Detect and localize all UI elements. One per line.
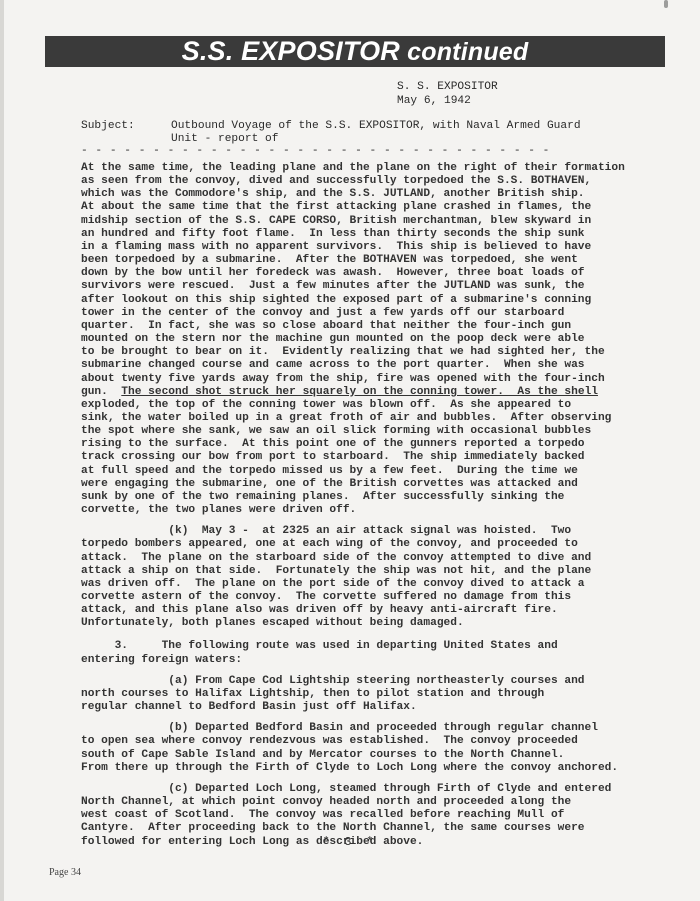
paragraph-line: corvette astern of the convoy. The corve… — [81, 591, 661, 604]
underlined-sentence: The second shot struck her squarely on t… — [121, 386, 598, 398]
subject-line: Subject: Outbound Voyage of the S.S. EXP… — [81, 120, 641, 146]
paragraph-3a: (a) From Cape Cod Lightship steering nor… — [81, 675, 661, 714]
paragraph-line: At about the same time that the first at… — [81, 201, 661, 214]
document-body: At the same time, the leading plane and … — [81, 162, 661, 849]
paragraph-line: torpedo bombers appeared, one at each wi… — [81, 538, 661, 551]
paragraph-line: survivors were rescued. Just a few minut… — [81, 280, 661, 293]
paragraph-line: an hundred and fifty foot flame. In less… — [81, 228, 661, 241]
separator-line: - - - - - - - - - - - - - - - - - - - - … — [81, 145, 611, 157]
paragraph-k-may-3: (k) May 3 - at 2325 an air attack signal… — [81, 525, 661, 630]
paragraph-line: attack. The plane on the starboard side … — [81, 552, 661, 565]
paragraph-line: attack a ship on that side. Fortunately … — [81, 565, 661, 578]
paragraph-line: mounted on the stern nor the machine gun… — [81, 333, 661, 346]
paragraph-line: to open sea where convoy rendezvous was … — [81, 735, 661, 748]
paragraph-line: rising to the surface. At this point one… — [81, 438, 661, 451]
paragraph-attack-account: At the same time, the leading plane and … — [81, 162, 661, 386]
paragraph-line: exploded, the top of the conning tower w… — [81, 399, 661, 412]
letterhead-ship: S. S. EXPOSITOR — [397, 80, 498, 94]
paragraph-line: midship section of the S.S. CAPE CORSO, … — [81, 215, 661, 228]
paragraph-line: gun. The second shot struck her squarely… — [81, 386, 661, 399]
paragraph-line: to be brought to bear on it. Evidently r… — [81, 346, 661, 359]
paragraph-line: Unfortunately, both planes escaped witho… — [81, 617, 661, 630]
paragraph-line: after lookout on this ship sighted the e… — [81, 294, 661, 307]
letterhead-date: May 6, 1942 — [397, 94, 498, 108]
subject-text-line: Outbound Voyage of the S.S. EXPOSITOR, w… — [171, 120, 591, 133]
scan-edge — [0, 0, 4, 901]
paragraph-line: about twenty five yards away from the sh… — [81, 373, 661, 386]
paragraph-line: as seen from the convoy, dived and succe… — [81, 175, 661, 188]
paragraph-line: west coast of Scotland. The convoy was r… — [81, 809, 661, 822]
typed-page-marker: * 3 * — [0, 836, 700, 849]
paragraph-line: entering foreign waters: — [81, 654, 661, 667]
paragraph-line: down by the bow until her foredeck was a… — [81, 267, 661, 280]
paragraph-3-route: 3. The following route was used in depar… — [81, 640, 661, 666]
paragraph-line: were engaging the submarine, one of the … — [81, 478, 661, 491]
banner-title: S.S. EXPOSITOR — [182, 36, 400, 66]
paragraph-line: 3. The following route was used in depar… — [81, 640, 661, 653]
paragraph-3b: (b) Departed Bedford Basin and proceeded… — [81, 722, 661, 775]
paragraph-line: north courses to Halifax Lightship, then… — [81, 688, 661, 701]
paragraph-line: sink, the water boiled up in a great fro… — [81, 412, 661, 425]
paragraph-line: quarter. In fact, she was so close aboar… — [81, 320, 661, 333]
subject-label: Subject: — [81, 120, 171, 146]
paragraph-line: attack, and this plane also was driven o… — [81, 604, 661, 617]
paragraph-line: corvette, the two planes were driven off… — [81, 504, 661, 517]
paragraph-line: From there up through the Firth of Clyde… — [81, 762, 661, 775]
paragraph-line: (k) May 3 - at 2325 an air attack signal… — [81, 525, 661, 538]
paragraph-line: which was the Commodore's ship, and the … — [81, 188, 661, 201]
paragraph-line: tower in the center of the convoy and ju… — [81, 307, 661, 320]
paragraph-line: submarine changed course and came across… — [81, 359, 661, 372]
paragraph-line: (a) From Cape Cod Lightship steering nor… — [81, 675, 661, 688]
paragraph-line: (c) Departed Loch Long, steamed through … — [81, 783, 661, 796]
paragraph-line: (b) Departed Bedford Basin and proceeded… — [81, 722, 661, 735]
paragraph-line: at full speed and the torpedo missed us … — [81, 465, 661, 478]
paragraph-line: Cantyre. After proceeding back to the No… — [81, 822, 661, 835]
paragraph-line: was driven off. The plane on the port si… — [81, 578, 661, 591]
page-banner: S.S. EXPOSITOR continued — [45, 36, 665, 67]
paragraph-line: south of Cape Sable Island and by Mercat… — [81, 749, 661, 762]
paragraph-line: in a flaming mass with no apparent survi… — [81, 241, 661, 254]
letterhead: S. S. EXPOSITOR May 6, 1942 — [397, 80, 498, 108]
page-number: Page 34 — [49, 867, 81, 878]
scan-speck — [664, 0, 668, 8]
text-run: gun. — [81, 386, 121, 398]
paragraph-line: regular channel to Bedford Basin just of… — [81, 701, 661, 714]
paragraph-line: North Channel, at which point convoy hea… — [81, 796, 661, 809]
paragraph-line: sunk by one of the two remaining planes.… — [81, 491, 661, 504]
paragraph-line: At the same time, the leading plane and … — [81, 162, 661, 175]
paragraph-attack-account-continued: exploded, the top of the conning tower w… — [81, 399, 661, 517]
banner-suffix: continued — [407, 38, 528, 66]
subject-text: Outbound Voyage of the S.S. EXPOSITOR, w… — [171, 120, 591, 146]
paragraph-line: been torpedoed by a submarine. After the… — [81, 254, 661, 267]
paragraph-line: track crossing our bow from port to star… — [81, 451, 661, 464]
paragraph-line: the spot where she sank, we saw an oil s… — [81, 425, 661, 438]
